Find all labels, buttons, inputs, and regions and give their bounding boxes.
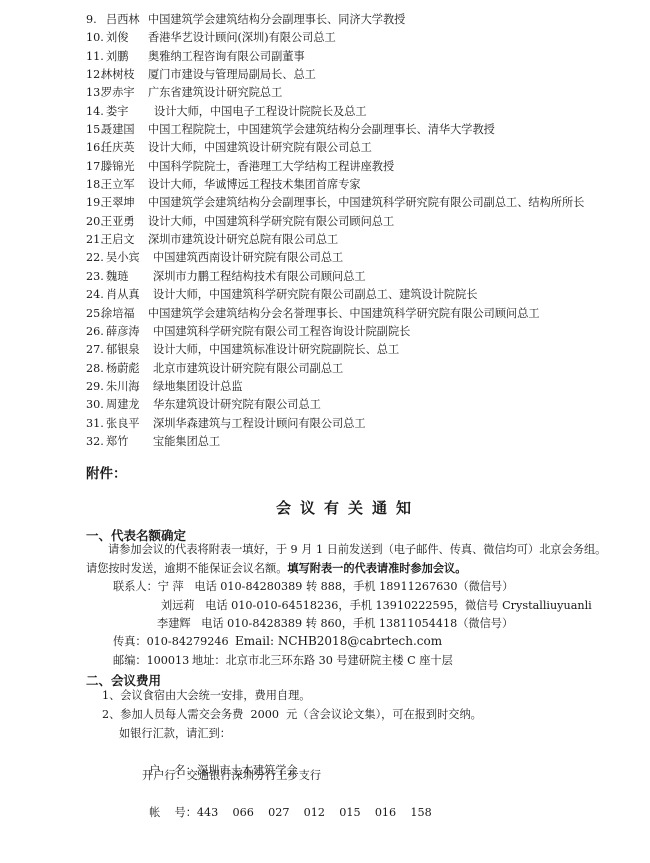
expert-name: 刘鹏: [106, 48, 128, 66]
attendance-note: 填写附表一的代表请准时参加会议。: [287, 562, 466, 575]
expert-title: 设计大师，中国建筑科学研究院有限公司顾问总工: [148, 213, 394, 231]
account-number-label: 帐 号：: [149, 806, 197, 819]
expert-title: 广东省建筑设计研究院总工: [148, 84, 282, 102]
item-number: 10.: [86, 29, 104, 47]
contact-row-1: 联系人：宁 萍 电话 010-84280389 转 888，手机 1891126…: [113, 579, 513, 595]
expert-name: 周建龙: [106, 396, 140, 414]
expert-title: 深圳市建筑设计研究总院有限公司总工: [148, 231, 338, 249]
expert-title: 中国科学院院士，香港理工大学结构工程讲座教授: [148, 158, 394, 176]
contact-info: 电话 010-8428389 转 860，手机 13811054418（微信号）: [201, 617, 513, 630]
item-number: 24.: [86, 286, 104, 304]
expert-name: 徐培福: [101, 305, 135, 323]
notice-title: 会议有关通知: [276, 497, 420, 518]
expert-name: 肖从真: [106, 286, 140, 304]
expert-name: 王立军: [101, 176, 135, 194]
item-number: 29.: [86, 378, 104, 396]
deadline-note: 请您按时发送，逾期不能保证会议名额。: [86, 562, 287, 575]
expert-name: 聂建国: [101, 121, 135, 139]
contact-info: 电话 010-84280389 转 888，手机 18911267630（微信号…: [194, 580, 513, 593]
expert-name: 林树枝: [101, 66, 135, 84]
expert-title: 设计大师，华诚博远工程技术集团首席专家: [148, 176, 361, 194]
item-number: 22.: [86, 249, 104, 267]
bank-name: 交通银行深圳分行上步支行: [187, 769, 321, 782]
item-number: 11.: [86, 48, 104, 66]
contact-name: 李建辉: [157, 617, 191, 630]
expert-title: 设计大师，中国建筑科学研究院有限公司副总工、建筑设计院院长: [153, 286, 477, 304]
section1-paragraph-line2: 请您按时发送，逾期不能保证会议名额。填写附表一的代表请准时参加会议。: [86, 561, 466, 577]
attachment-label: 附件：: [86, 462, 127, 482]
expert-name: 刘俊: [106, 29, 128, 47]
expert-name: 杨蔚彪: [106, 360, 140, 378]
expert-title: 深圳华森建筑与工程设计顾问有限公司总工: [153, 415, 366, 433]
expert-name: 娄宇: [106, 103, 128, 121]
expert-title: 深圳市力鹏工程结构技术有限公司顾问总工: [153, 268, 366, 286]
expert-title: 中国建筑科学研究院有限公司工程咨询设计院副院长: [153, 323, 410, 341]
fee-item-2: 2、参加人员每人需交会务费 2000 元（含会议论文集），可在报到时交纳。: [102, 707, 482, 723]
expert-name: 魏琏: [106, 268, 128, 286]
expert-name: 王启文: [101, 231, 135, 249]
expert-title: 宝能集团总工: [153, 433, 220, 451]
bank-row: 开户行：交通银行深圳分行上步支行: [142, 768, 321, 784]
expert-name: 罗赤宇: [101, 84, 135, 102]
expert-title: 香港华艺设计顾问(深圳)有限公司总工: [148, 29, 336, 47]
expert-name: 薛彦涛: [106, 323, 140, 341]
fee-item-1: 1、会议食宿由大会统一安排，费用自理。: [102, 688, 311, 704]
item-number: 14.: [86, 103, 104, 121]
expert-title: 中国建筑学会建筑结构分会名誉理事长、中国建筑科学研究院有限公司顾问总工: [148, 305, 540, 323]
expert-title: 中国建筑学会建筑结构分会副理事长，中国建筑科学研究院有限公司副总工、结构所所长: [148, 194, 584, 212]
email-link[interactable]: Email: NCHB2018@cabrtech.com: [235, 633, 442, 649]
item-number: 30.: [86, 396, 104, 414]
item-number: 28.: [86, 360, 104, 378]
expert-name: 任庆英: [101, 139, 135, 157]
expert-name: 吕西林: [106, 11, 140, 29]
contact-name: 宁 萍: [158, 580, 184, 593]
item-number: 23.: [86, 268, 104, 286]
contact-row-3: 李建辉 电话 010-8428389 转 860，手机 13811054418（…: [157, 616, 513, 632]
account-number: 443 066 027 012 015 016 158: [197, 806, 432, 819]
item-number: 27.: [86, 341, 104, 359]
fax-line: 传真：010-84279246: [113, 634, 229, 650]
section2-heading: 二、会议费用: [86, 671, 161, 689]
address-line: 地址：北京市北三环东路 30 号建研院主楼 C 座十层: [192, 653, 453, 669]
expert-title: 中国工程院院士，中国建筑学会建筑结构分会副理事长、清华大学教授: [148, 121, 495, 139]
expert-title: 北京市建筑设计研究院有限公司副总工: [153, 360, 343, 378]
expert-name: 张良平: [106, 415, 140, 433]
item-number: 31.: [86, 415, 104, 433]
expert-name: 朱川海: [106, 378, 140, 396]
expert-name: 吴小宾: [106, 249, 140, 267]
section1-paragraph-line1: 请参加会议的代表将附表一填好，于 9 月 1 日前发送到（电子邮件、传真、微信均…: [108, 542, 606, 558]
expert-name: 滕锦光: [101, 158, 135, 176]
item-number: 9.: [86, 11, 97, 29]
expert-title: 设计大师，中国建筑标准设计研究院副院长、总工: [153, 341, 399, 359]
expert-name: 郑竹: [106, 433, 128, 451]
expert-title: 中国建筑学会建筑结构分会副理事长、同济大学教授: [148, 11, 405, 29]
expert-name: 王翠坤: [101, 194, 135, 212]
bank-label: 开户行：: [142, 769, 187, 782]
expert-name: 王亚勇: [101, 213, 135, 231]
item-number: 32.: [86, 433, 104, 451]
postcode-line: 邮编：100013: [113, 653, 189, 669]
contact-name: 刘远莉: [161, 599, 195, 612]
expert-title: 设计大师，中国电子工程设计院院长及总工: [154, 103, 367, 121]
expert-title: 厦门市建设与管理局副局长、总工: [148, 66, 316, 84]
expert-title: 中国建筑西南设计研究院有限公司总工: [153, 249, 343, 267]
item-number: 26.: [86, 323, 104, 341]
bank-intro: 如银行汇款，请汇到：: [119, 726, 231, 742]
contact-row-2: 刘远莉 电话 010-010-64518236，手机 13910222595，微…: [161, 598, 592, 614]
expert-title: 绿地集团设计总监: [153, 378, 243, 396]
expert-name: 郁银泉: [106, 341, 140, 359]
account-number-row: 帐 号：443 066 027 012 015 016 158: [142, 789, 432, 821]
expert-title: 设计大师，中国建筑设计研究院有限公司总工: [148, 139, 372, 157]
contacts-label: 联系人：: [113, 580, 158, 593]
expert-title: 华东建筑设计研究院有限公司总工: [153, 396, 321, 414]
contact-info: 电话 010-010-64518236，手机 13910222595，微信号 C…: [205, 599, 592, 612]
expert-title: 奥雅纳工程咨询有限公司副董事: [148, 48, 305, 66]
